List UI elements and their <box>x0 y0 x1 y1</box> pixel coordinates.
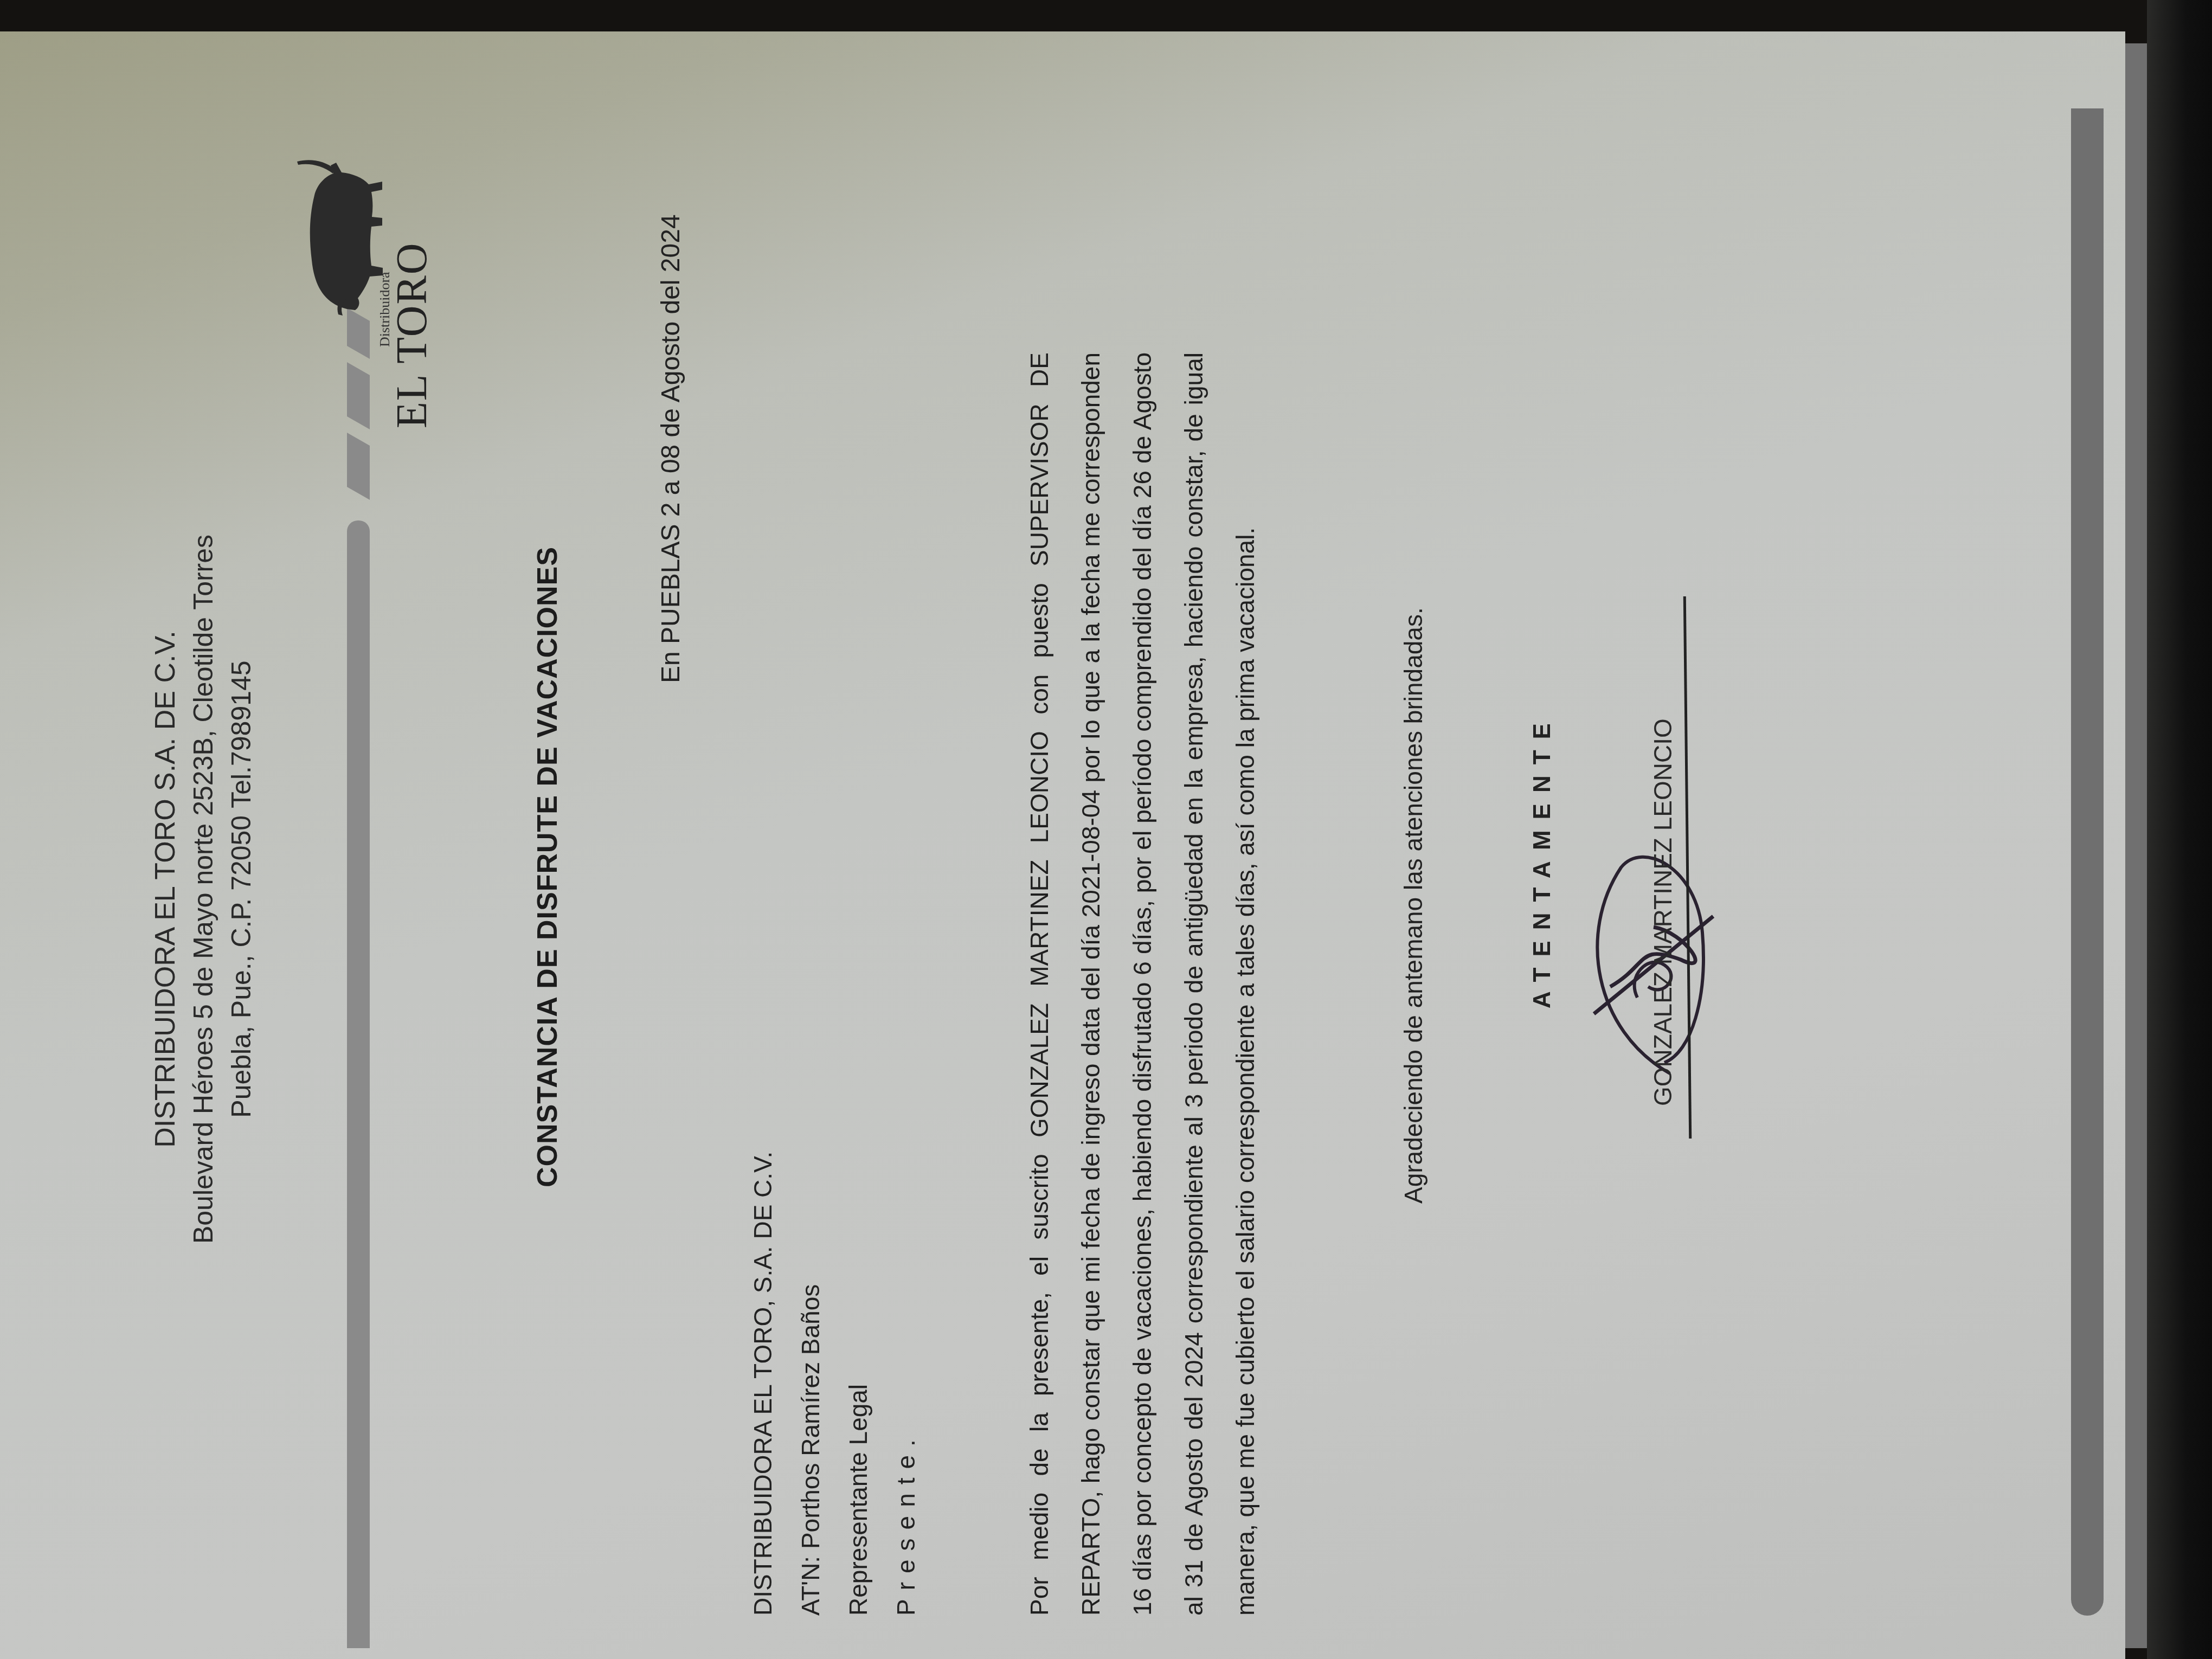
company-address: Boulevard Héroes 5 de Mayo norte 2523B, … <box>184 347 222 1431</box>
photo-edge-shadow <box>2147 0 2212 1659</box>
decorative-bar-bottom-thin <box>2071 108 2104 1616</box>
closing-line: Agradeciendo de antemano las atenciones … <box>1399 607 1428 1204</box>
salutation: ATENTAMENTE <box>1529 712 1556 1008</box>
company-logo: Distribuidora EL TORO <box>266 163 439 499</box>
bull-icon <box>266 157 390 320</box>
logo-brand: EL TORO <box>388 242 437 428</box>
signer-name: GONZALEZ MARTINEZ LEONCIO <box>1648 718 1677 1106</box>
company-header: DISTRIBUIDORA EL TORO S.A. DE C.V. Boule… <box>146 347 260 1431</box>
document-page: DISTRIBUIDORA EL TORO S.A. DE C.V. Boule… <box>33 43 2104 1648</box>
place-date: En PUEBLAS 2 a 08 de Agosto del 2024 <box>656 214 686 683</box>
body-paragraph: Por medio de la presente, el suscrito GO… <box>1014 352 1271 1616</box>
recipient-block: DISTRIBUIDORA EL TORO, S.A. DE C.V. AT'N… <box>748 1152 939 1616</box>
company-name: DISTRIBUIDORA EL TORO S.A. DE C.V. <box>146 347 184 1431</box>
company-city-phone: Puebla, Pue., C.P. 72050 Tel.7989145 <box>222 347 260 1431</box>
recipient-greeting: Presente. <box>891 1152 939 1616</box>
recipient-company: DISTRIBUIDORA EL TORO, S.A. DE C.V. <box>748 1152 796 1616</box>
recipient-role: Representante Legal <box>844 1152 891 1616</box>
recipient-attention: AT'N: Porthos Ramírez Baños <box>796 1152 844 1616</box>
decorative-bar-top <box>347 520 370 1648</box>
document-title: CONSTANCIA DE DISFRUTE DE VACACIONES <box>531 428 564 1187</box>
